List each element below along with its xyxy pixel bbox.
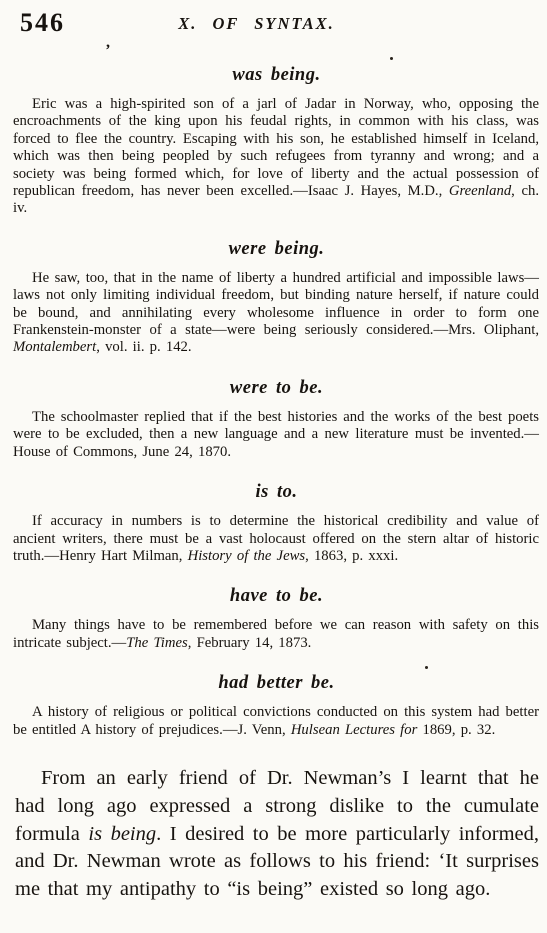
quotation: Many things have to be remembered before… <box>13 617 540 652</box>
quote-text: He saw, too, that in the name of liberty… <box>13 270 539 338</box>
entry-heading: were being. <box>13 238 540 260</box>
quote-text: , February 14, 1873. <box>188 635 312 651</box>
syntax-entry-were-being: were being. He saw, too, that in the nam… <box>13 238 540 357</box>
quotation: The schoolmaster replied that if the bes… <box>13 409 540 461</box>
entry-heading: were to be. <box>13 377 540 399</box>
entry-heading: have to be. <box>13 585 540 607</box>
cited-work-title: Hulsean Lectures for <box>291 722 417 738</box>
syntax-entry-is-to: is to. If accuracy in numbers is to dete… <box>13 481 540 565</box>
cited-work-title: The Times <box>126 635 187 651</box>
cited-work-title: History of the Jews <box>188 548 306 564</box>
entry-heading: was being. <box>13 64 540 86</box>
cited-work-title: Greenland <box>449 183 511 199</box>
quote-text: , 1863, p. xxxi. <box>305 548 398 564</box>
quotation: A history of religious or political conv… <box>13 704 540 739</box>
entry-heading: had better be. <box>13 672 540 694</box>
quotation: If accuracy in numbers is to determine t… <box>13 513 540 565</box>
entry-heading: is to. <box>13 481 540 503</box>
scan-speck: , <box>106 34 110 52</box>
running-title: X. OF SYNTAX. <box>13 14 500 34</box>
quote-text: , vol. ii. p. 142. <box>96 339 191 355</box>
quote-text: 1869, p. 32. <box>417 722 495 738</box>
quotation: He saw, too, that in the name of liberty… <box>13 270 540 357</box>
syntax-entry-was-being: was being. Eric was a high-spirited son … <box>13 64 540 218</box>
syntax-entry-have-to-be: have to be. Many things have to be remem… <box>13 585 540 652</box>
running-head: 546 X. OF SYNTAX. , <box>13 10 540 44</box>
cited-work-title: Montalembert <box>13 339 96 355</box>
quotation: Eric was a high-spirited son of a jarl o… <box>13 96 540 218</box>
syntax-entry-were-to-be: were to be. The schoolmaster replied tha… <box>13 377 540 461</box>
emphasized-formula: is being <box>88 823 156 845</box>
scan-speck <box>425 666 428 669</box>
book-page: 546 X. OF SYNTAX. , was being. Eric was … <box>0 0 547 933</box>
quote-text: The schoolmaster replied that if the bes… <box>13 409 539 460</box>
scan-speck <box>390 57 393 60</box>
syntax-entry-had-better-be: had better be. A history of religious or… <box>13 672 540 739</box>
main-text-paragraph: From an early friend of Dr. Newman’s I l… <box>15 765 539 904</box>
